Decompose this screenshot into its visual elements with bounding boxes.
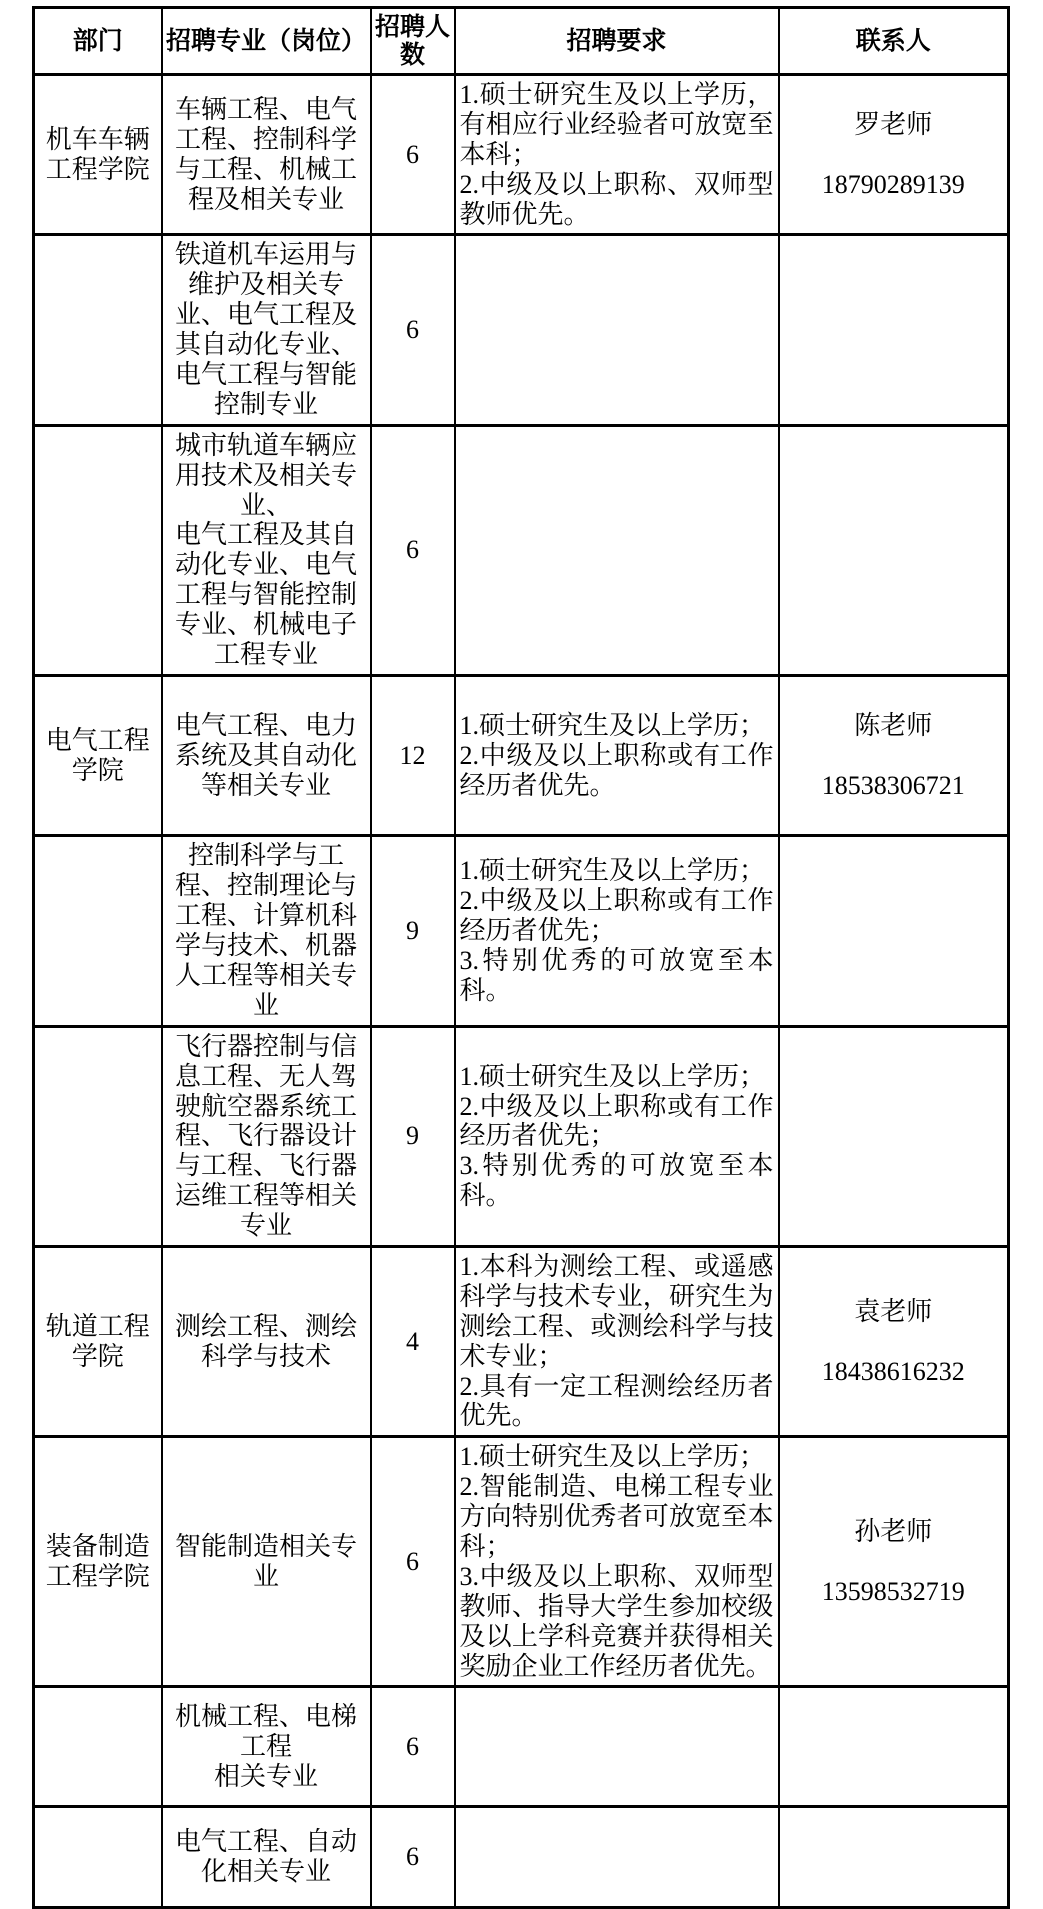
requirements-cell: 1.硕士研究生及以上学历； 2.中级及以上职称或有工作经历者优先； 3.特别优秀… [455,1026,779,1246]
dept-cell [34,1687,162,1807]
page: 部门 招聘专业（岗位） 招聘人数 招聘要求 联系人 机车车辆工程学院 车辆工程、… [0,0,1043,1909]
count-cell: 12 [371,675,455,835]
table-row: 机械工程、电梯工程 相关专业 6 [34,1687,1009,1807]
contact-phone: 13598532719 [786,1577,1002,1607]
contact-cell [779,1807,1009,1908]
header-count: 招聘人数 [371,8,455,75]
table-body: 机车车辆工程学院 车辆工程、电气工程、控制科学与工程、机械工程及相关专业 6 1… [34,75,1009,1908]
dept-cell [34,235,162,425]
major-cell: 车辆工程、电气工程、控制科学与工程、机械工程及相关专业 [162,75,371,235]
major-cell: 铁道机车运用与维护及相关专业、电气工程及其自动化专业、电气工程与智能控制专业 [162,235,371,425]
table-row: 铁道机车运用与维护及相关专业、电气工程及其自动化专业、电气工程与智能控制专业 6 [34,235,1009,425]
contact-cell [779,1026,1009,1246]
count-cell: 9 [371,836,455,1026]
contact-cell: 罗老师 18790289139 [779,75,1009,235]
contact-cell [779,836,1009,1026]
count-cell: 9 [371,1026,455,1246]
dept-cell [34,1807,162,1908]
count-cell: 4 [371,1246,455,1436]
requirements-cell [455,1687,779,1807]
requirements-cell [455,1807,779,1908]
table-row: 电气工程、自动化相关专业 6 [34,1807,1009,1908]
contact-phone: 18790289139 [786,170,1002,200]
recruitment-table: 部门 招聘专业（岗位） 招聘人数 招聘要求 联系人 机车车辆工程学院 车辆工程、… [32,6,1010,1909]
header-dept: 部门 [34,8,162,75]
contact-cell: 袁老师 18438616232 [779,1246,1009,1436]
count-cell: 6 [371,1807,455,1908]
dept-cell [34,425,162,675]
requirements-cell: 1.硕士研究生及以上学历； 2.中级及以上职称或有工作经历者优先。 [455,675,779,835]
table-row: 飞行器控制与信息工程、无人驾驶航空器系统工程、飞行器设计与工程、飞行器运维工程等… [34,1026,1009,1246]
major-cell: 城市轨道车辆应用技术及相关专业、 电气工程及其自动化专业、电气工程与智能控制专业… [162,425,371,675]
table-row: 轨道工程学院 测绘工程、测绘科学与技术 4 1.本科为测绘工程、或遥感科学与技术… [34,1246,1009,1436]
contact-cell [779,1687,1009,1807]
contact-cell [779,425,1009,675]
major-cell: 电气工程、电力系统及其自动化等相关专业 [162,675,371,835]
table-header: 部门 招聘专业（岗位） 招聘人数 招聘要求 联系人 [34,8,1009,75]
table-row: 城市轨道车辆应用技术及相关专业、 电气工程及其自动化专业、电气工程与智能控制专业… [34,425,1009,675]
major-cell: 智能制造相关专业 [162,1437,371,1687]
major-cell: 飞行器控制与信息工程、无人驾驶航空器系统工程、飞行器设计与工程、飞行器运维工程等… [162,1026,371,1246]
major-cell: 电气工程、自动化相关专业 [162,1807,371,1908]
requirements-cell [455,425,779,675]
table-row: 机车车辆工程学院 车辆工程、电气工程、控制科学与工程、机械工程及相关专业 6 1… [34,75,1009,235]
dept-cell: 装备制造工程学院 [34,1437,162,1687]
contact-phone: 18438616232 [786,1357,1002,1387]
header-requirements: 招聘要求 [455,8,779,75]
header-major: 招聘专业（岗位） [162,8,371,75]
requirements-cell: 1.硕士研究生及以上学历； 2.智能制造、电梯工程专业方向特别优秀者可放宽至本科… [455,1437,779,1687]
dept-cell: 机车车辆工程学院 [34,75,162,235]
table-row: 控制科学与工程、控制理论与工程、计算机科学与技术、机器人工程等相关专业 9 1.… [34,836,1009,1026]
count-cell: 6 [371,1437,455,1687]
dept-cell [34,1026,162,1246]
dept-cell [34,836,162,1026]
header-contact: 联系人 [779,8,1009,75]
contact-cell [779,235,1009,425]
contact-name: 袁老师 [786,1297,1002,1327]
major-cell: 机械工程、电梯工程 相关专业 [162,1687,371,1807]
contact-name: 孙老师 [786,1517,1002,1547]
dept-cell: 电气工程学院 [34,675,162,835]
count-cell: 6 [371,425,455,675]
contact-phone: 18538306721 [786,771,1002,801]
dept-cell: 轨道工程学院 [34,1246,162,1436]
table-row: 装备制造工程学院 智能制造相关专业 6 1.硕士研究生及以上学历； 2.智能制造… [34,1437,1009,1687]
requirements-cell: 1.硕士研究生及以上学历，有相应行业经验者可放宽至本科； 2.中级及以上职称、双… [455,75,779,235]
major-cell: 测绘工程、测绘科学与技术 [162,1246,371,1436]
contact-cell: 陈老师 18538306721 [779,675,1009,835]
count-cell: 6 [371,75,455,235]
header-row: 部门 招聘专业（岗位） 招聘人数 招聘要求 联系人 [34,8,1009,75]
contact-cell: 孙老师 13598532719 [779,1437,1009,1687]
major-cell: 控制科学与工程、控制理论与工程、计算机科学与技术、机器人工程等相关专业 [162,836,371,1026]
count-cell: 6 [371,1687,455,1807]
requirements-cell: 1.硕士研究生及以上学历； 2.中级及以上职称或有工作经历者优先； 3.特别优秀… [455,836,779,1026]
count-cell: 6 [371,235,455,425]
requirements-cell: 1.本科为测绘工程、或遥感科学与技术专业，研究生为测绘工程、或测绘科学与技术专业… [455,1246,779,1436]
contact-name: 罗老师 [786,110,1002,140]
requirements-cell [455,235,779,425]
table-row: 电气工程学院 电气工程、电力系统及其自动化等相关专业 12 1.硕士研究生及以上… [34,675,1009,835]
contact-name: 陈老师 [786,711,1002,741]
